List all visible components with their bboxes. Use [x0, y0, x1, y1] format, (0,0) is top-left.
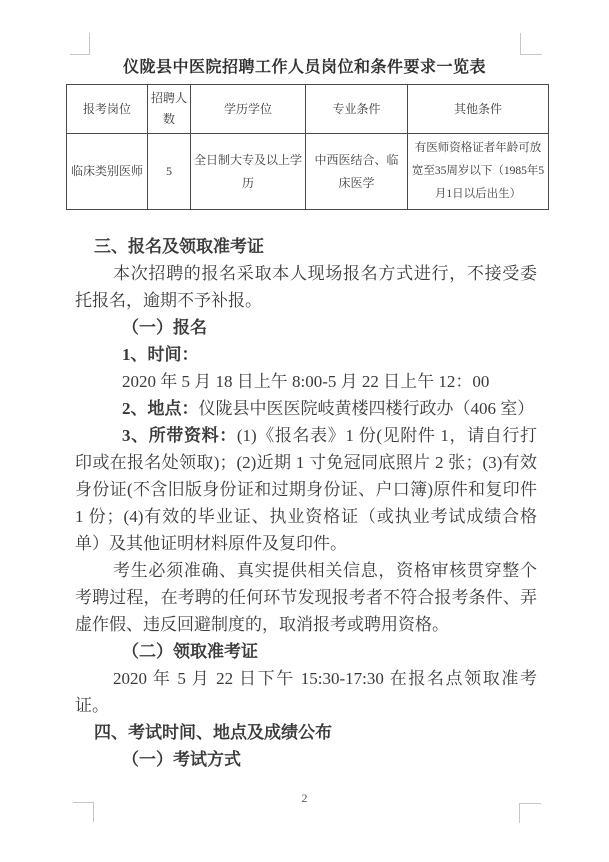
- item-2-location-label: 2、地点：: [122, 399, 199, 418]
- margin-crop-mark-bottom-right: [519, 803, 541, 823]
- document-body: 三、报名及领取准考证 本次招聘的报名采取本人现场报名方式进行，不接受委托报名，逾…: [75, 233, 537, 773]
- item-3-materials-value: (1)《报名表》1 份(见附件 1，请自行打印或在报名处领取)；(2)近期 1 …: [75, 426, 537, 553]
- table-header-row: 报考岗位 招聘人数 学历学位 专业条件 其他条件: [67, 85, 549, 134]
- section-3-intro: 本次招聘的报名采取本人现场报名方式进行，不接受委托报名，逾期不予补报。: [75, 260, 537, 314]
- cell-position: 临床类别医师: [67, 134, 148, 210]
- item-1-time-value: 2020 年 5 月 18 日上午 8:00-5 月 22 日上午 12：00: [75, 368, 537, 395]
- page-number: 2: [0, 791, 609, 806]
- section-4-heading: 四、考试时间、地点及成绩公布: [75, 719, 537, 746]
- cell-other: 有医师资格证者年龄可放宽至35周岁以下（1985年5月1日以后出生）: [408, 134, 549, 210]
- header-position: 报考岗位: [67, 85, 148, 134]
- header-education: 学历学位: [191, 85, 306, 134]
- header-headcount: 招聘人数: [148, 85, 191, 134]
- job-requirements-table: 报考岗位 招聘人数 学历学位 专业条件 其他条件 临床类别医师 5 全日制大专及…: [66, 84, 549, 210]
- table-row: 临床类别医师 5 全日制大专及以上学历 中西医结合、临床医学 有医师资格证者年龄…: [67, 134, 549, 210]
- section-3-note: 考生必须准确、真实提供相关信息，资格审核贯穿整个考聘过程，在考聘的任何环节发现报…: [75, 557, 537, 638]
- item-1-time-label: 1、时间：: [75, 341, 537, 368]
- section-3-heading: 三、报名及领取准考证: [75, 233, 537, 260]
- item-3-materials-label: 3、所带资料：: [122, 426, 237, 445]
- cell-education: 全日制大专及以上学历: [191, 134, 306, 210]
- document-title: 仪陇县中医院招聘工作人员岗位和条件要求一览表: [0, 54, 609, 77]
- section-4-1-heading: （一）考试方式: [75, 746, 537, 773]
- item-2-location-value: 仪陇县中医医院岐黄楼四楼行政办（406 室）: [199, 399, 535, 418]
- cell-headcount: 5: [148, 134, 191, 210]
- margin-crop-mark-top-left: [70, 33, 90, 55]
- item-2-location: 2、地点：仪陇县中医医院岐黄楼四楼行政办（406 室）: [75, 395, 537, 422]
- document-page: 仪陇县中医院招聘工作人员岗位和条件要求一览表 报考岗位 招聘人数 学历学位 专业…: [0, 0, 609, 862]
- header-other: 其他条件: [408, 85, 549, 134]
- section-3-2-heading: （二）领取准考证: [75, 638, 537, 665]
- item-3-materials: 3、所带资料：(1)《报名表》1 份(见附件 1，请自行打印或在报名处领取)；(…: [75, 422, 537, 557]
- header-major: 专业条件: [306, 85, 408, 134]
- section-3-1-heading: （一）报名: [75, 314, 537, 341]
- cell-major: 中西医结合、临床医学: [306, 134, 408, 210]
- section-3-2-text: 2020 年 5 月 22 日下午 15:30-17:30 在报名点领取准考证。: [75, 665, 537, 719]
- margin-crop-mark-top-right: [520, 33, 542, 55]
